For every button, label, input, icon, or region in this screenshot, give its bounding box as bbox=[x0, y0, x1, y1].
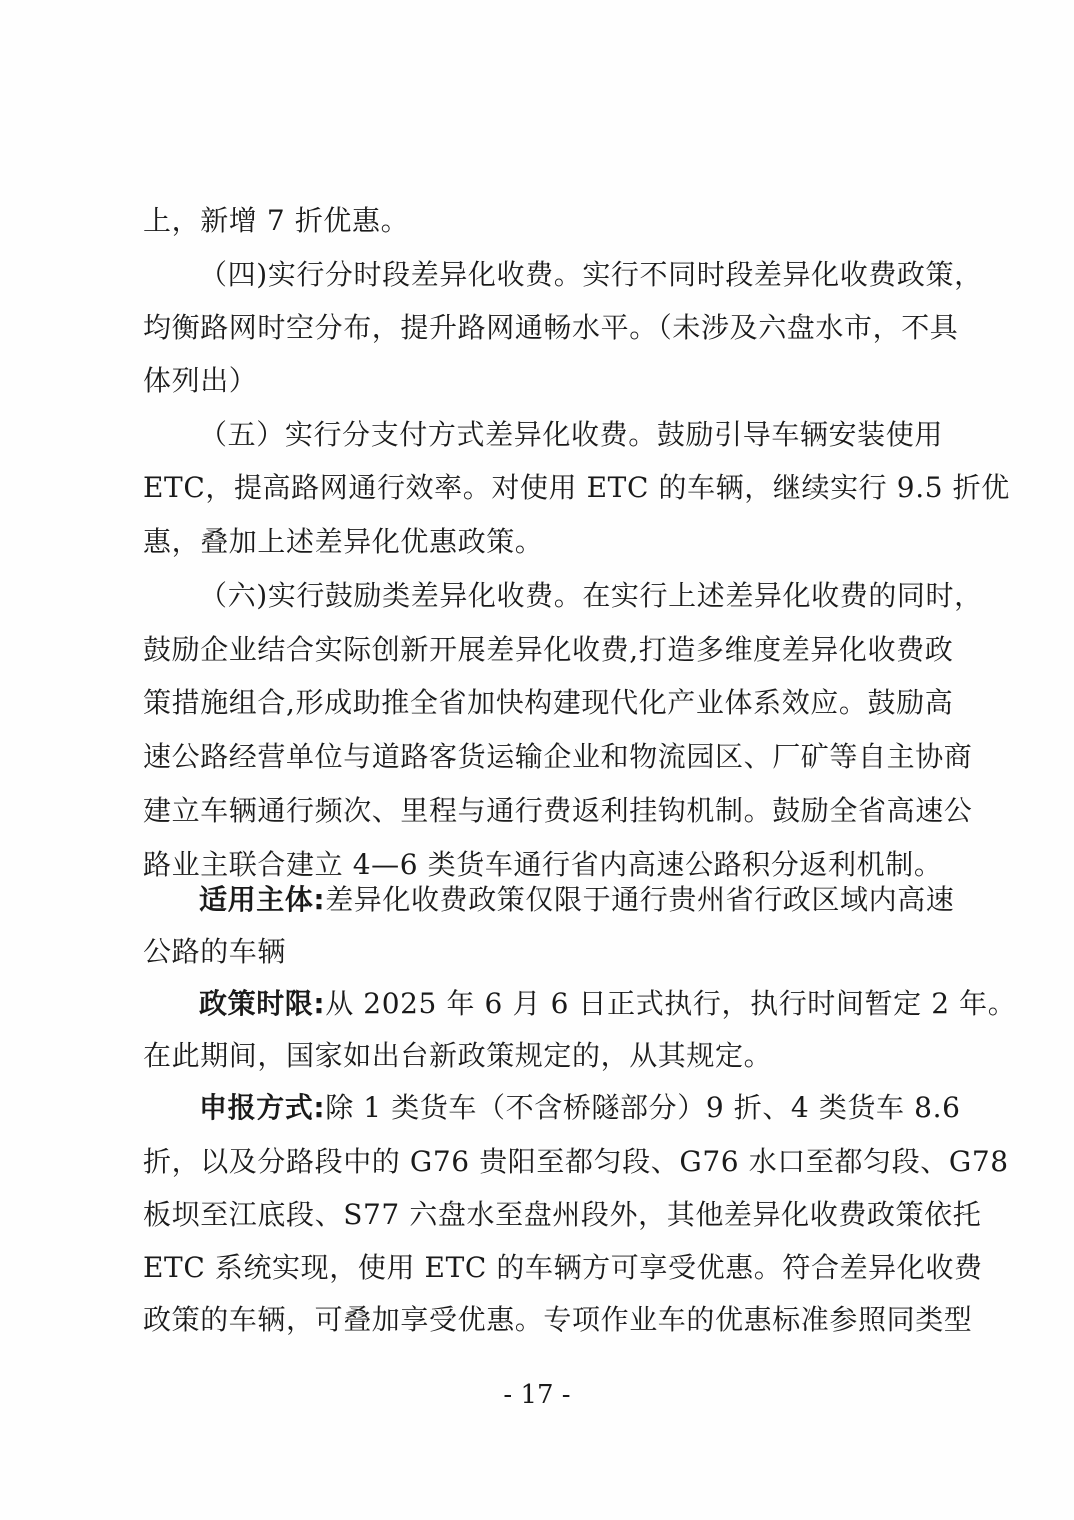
paragraph-line: 速公路经营单位与道路客货运输企业和物流园区、厂矿等自主协商 bbox=[143, 739, 943, 775]
application-method-label: 申报方式: bbox=[199, 1091, 325, 1124]
section-five-heading-line: （五）实行分支付方式差异化收费。鼓励引导车辆安装使用 bbox=[143, 417, 943, 453]
page-number: - 17 - bbox=[0, 1377, 1074, 1413]
document-page: 上，新增 7 折优惠。 （四)实行分时段差异化收费。实行不同时段差异化收费政策，… bbox=[0, 0, 1074, 1520]
paragraph-line: 上，新增 7 折优惠。 bbox=[143, 203, 943, 239]
paragraph-line: 体列出） bbox=[143, 363, 943, 399]
applicable-subject-label: 适用主体: bbox=[199, 883, 325, 916]
paragraph-line: 板坝至江底段、S77 六盘水至盘州段外，其他差异化收费政策依托 bbox=[143, 1197, 943, 1233]
policy-period-text: 从 2025 年 6 月 6 日正式执行，执行时间暂定 2 年。 bbox=[325, 987, 1016, 1020]
paragraph-line: 策措施组合,形成助推全省加快构建现代化产业体系效应。鼓励高 bbox=[143, 685, 943, 721]
paragraph-line: 公路的车辆 bbox=[143, 934, 943, 970]
section-four-heading-line: （四)实行分时段差异化收费。实行不同时段差异化收费政策， bbox=[143, 257, 943, 293]
paragraph-line: 折，以及分路段中的 G76 贵阳至都匀段、G76 水口至都匀段、G78 bbox=[143, 1144, 943, 1180]
paragraph-line: ETC，提高路网通行效率。对使用 ETC 的车辆，继续实行 9.5 折优 bbox=[143, 470, 943, 506]
paragraph-line: 惠，叠加上述差异化优惠政策。 bbox=[143, 524, 943, 560]
paragraph-line: ETC 系统实现，使用 ETC 的车辆方可享受优惠。符合差异化收费 bbox=[143, 1250, 943, 1286]
paragraph-line: 鼓励企业结合实际创新开展差异化收费,打造多维度差异化收费政 bbox=[143, 632, 943, 668]
application-method-text: 除 1 类货车（不含桥隧部分）9 折、4 类货车 8.6 bbox=[325, 1091, 960, 1124]
paragraph-line: 政策的车辆，可叠加享受优惠。专项作业车的优惠标准参照同类型 bbox=[143, 1302, 943, 1338]
applicable-subject-line: 适用主体:差异化收费政策仅限于通行贵州省行政区域内高速 bbox=[143, 882, 943, 918]
policy-period-label: 政策时限: bbox=[199, 987, 325, 1020]
paragraph-line: 均衡路网时空分布，提升路网通畅水平。（未涉及六盘水市，不具 bbox=[143, 310, 943, 346]
application-method-line: 申报方式:除 1 类货车（不含桥隧部分）9 折、4 类货车 8.6 bbox=[143, 1090, 943, 1126]
paragraph-line: 在此期间，国家如出台新政策规定的，从其规定。 bbox=[143, 1038, 943, 1074]
section-six-heading-line: （六)实行鼓励类差异化收费。在实行上述差异化收费的同时， bbox=[143, 578, 943, 614]
paragraph-line: 路业主联合建立 4—6 类货车通行省内高速公路积分返利机制。 bbox=[143, 847, 943, 883]
paragraph-line: 建立车辆通行频次、里程与通行费返利挂钩机制。鼓励全省高速公 bbox=[143, 793, 943, 829]
policy-period-line: 政策时限:从 2025 年 6 月 6 日正式执行，执行时间暂定 2 年。 bbox=[143, 986, 943, 1022]
applicable-subject-text: 差异化收费政策仅限于通行贵州省行政区域内高速 bbox=[325, 883, 954, 916]
